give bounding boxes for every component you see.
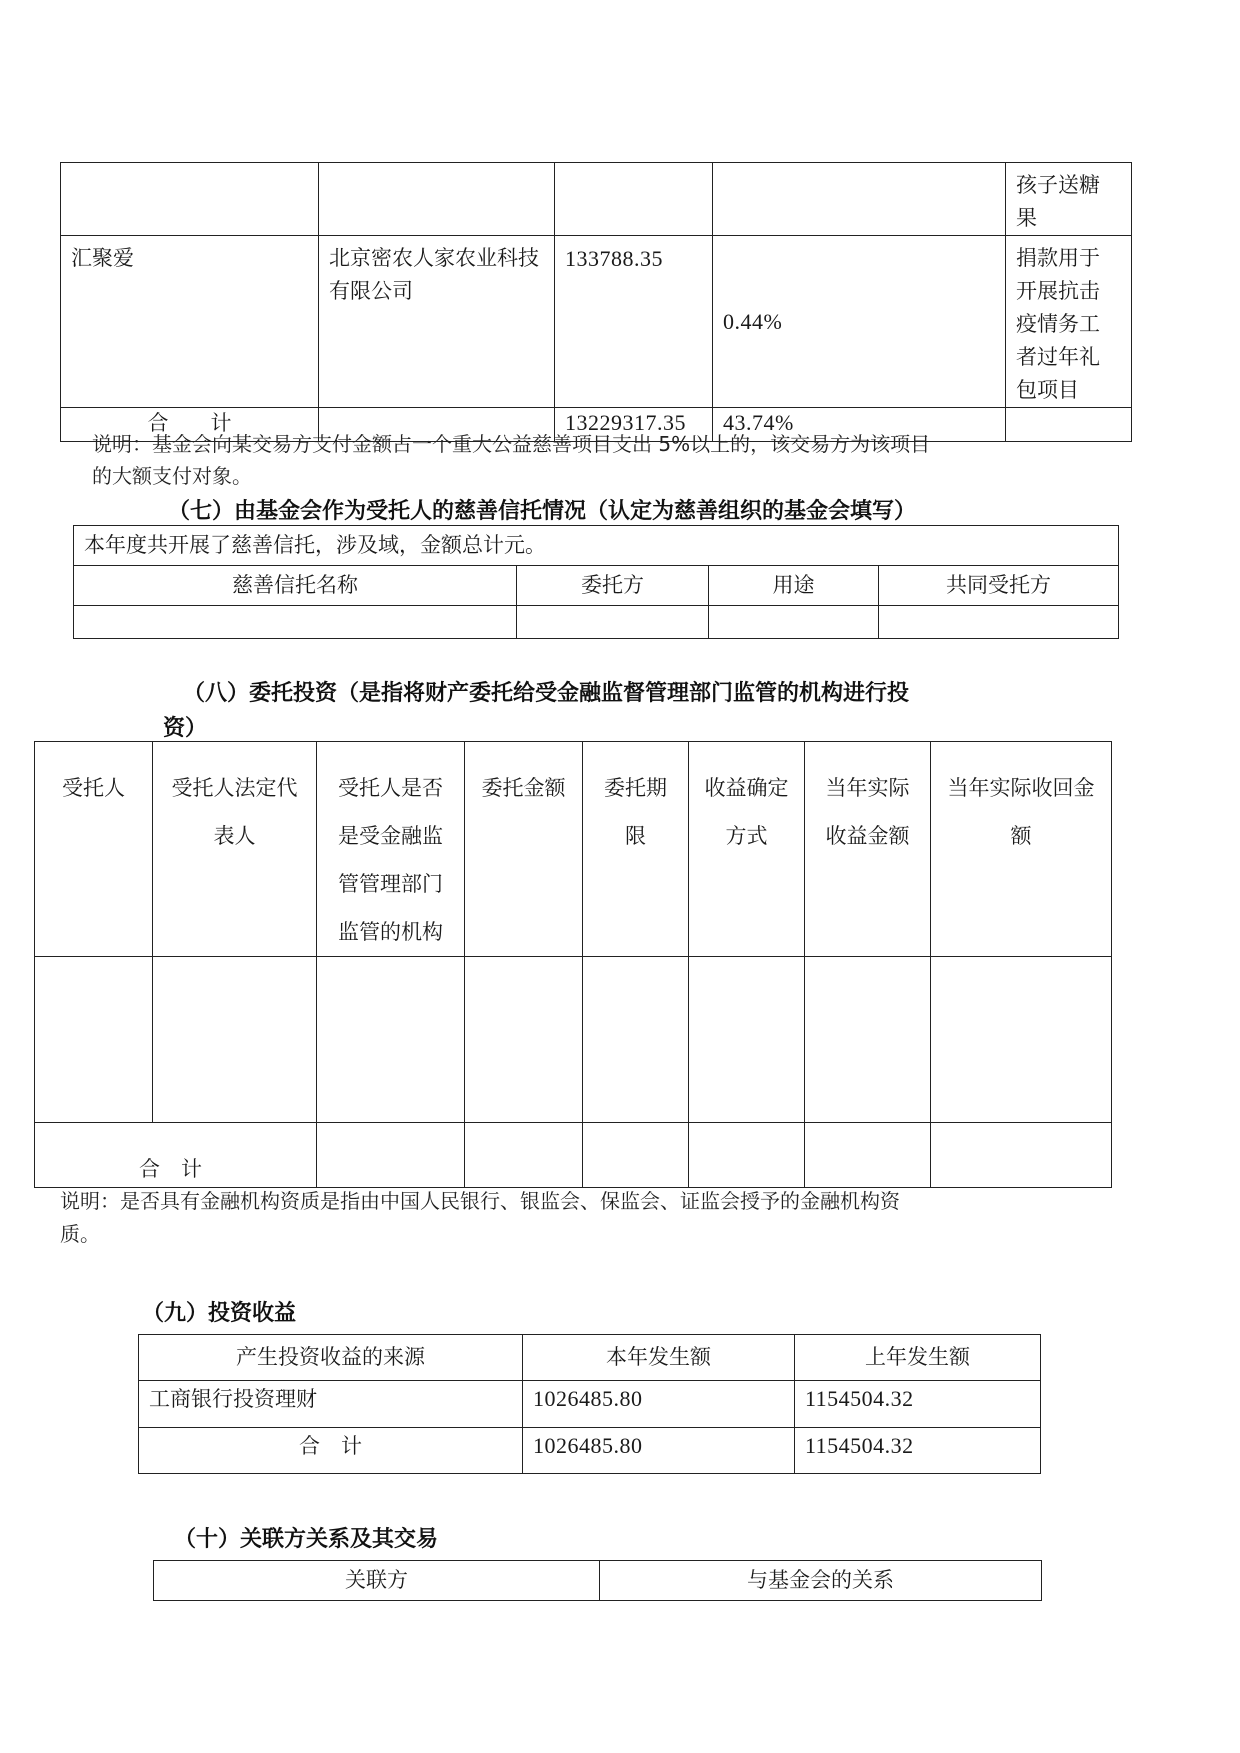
header-relationship: 与基金会的关系 (600, 1561, 1042, 1601)
table-cell (465, 957, 583, 1123)
purpose-cell: 孩子送糖果 (1006, 163, 1132, 236)
header-income-method: 收益确定方式 (689, 742, 805, 957)
current-amount: 1026485.80 (523, 1381, 795, 1428)
percent-cell: 0.44% (713, 236, 1006, 408)
total-previous: 1154504.32 (795, 1428, 1041, 1474)
table-cell (517, 606, 709, 639)
header-amount: 委托金额 (465, 742, 583, 957)
table-cell (879, 606, 1119, 639)
header-row: 慈善信托名称 委托方 用途 共同受托方 (74, 566, 1119, 606)
table-cell (713, 163, 1006, 236)
related-party-table: 关联方 与基金会的关系 (153, 1560, 1042, 1601)
table-cell (317, 1123, 465, 1188)
header-co-trustee: 共同受托方 (879, 566, 1119, 606)
table-row: 汇聚爱 北京密农人家农业科技有限公司 133788.35 0.44% 捐款用于开… (61, 236, 1132, 408)
table-cell (709, 606, 879, 639)
table-cell (931, 1123, 1112, 1188)
header-actual-recovered: 当年实际收回金额 (931, 742, 1112, 957)
header-purpose: 用途 (709, 566, 879, 606)
header-term: 委托期限 (583, 742, 689, 957)
header-current-year: 本年发生额 (523, 1335, 795, 1381)
table-cell (319, 163, 555, 236)
header-row: 产生投资收益的来源 本年发生额 上年发生额 (139, 1335, 1041, 1381)
table-cell (35, 957, 153, 1123)
table-row: 孩子送糖果 (61, 163, 1132, 236)
table-cell (74, 606, 517, 639)
project-name-cell: 汇聚爱 (61, 236, 319, 408)
table-cell (153, 957, 317, 1123)
total-label: 合 计 (35, 1123, 317, 1188)
header-row: 受托人 受托人法定代表人 受托人是否是受金融监管管理部门监管的机构 委托金额 委… (35, 742, 1112, 957)
total-row: 合 计 1026485.80 1154504.32 (139, 1428, 1041, 1474)
payee-cell: 北京密农人家农业科技有限公司 (319, 236, 555, 408)
total-label: 合 计 (139, 1428, 523, 1474)
summary-row: 本年度共开展了慈善信托，涉及域，金额总计元。 (74, 526, 1119, 566)
investment-note-line1: 说明：是否具有金融机构资质是指由中国人民银行、银监会、保监会、证监会授予的金融机… (60, 1185, 900, 1217)
income-source: 工商银行投资理财 (139, 1381, 523, 1428)
total-row: 合 计 (35, 1123, 1112, 1188)
investment-note-line2: 质。 (60, 1218, 100, 1250)
investment-income-table: 产生投资收益的来源 本年发生额 上年发生额 工商银行投资理财 1026485.8… (138, 1334, 1041, 1474)
purpose-text: 孩子送糖果 (1016, 169, 1108, 235)
table-cell (689, 1123, 805, 1188)
total-current: 1026485.80 (523, 1428, 795, 1474)
previous-amount: 1154504.32 (795, 1381, 1041, 1428)
table-cell (805, 1123, 931, 1188)
charity-trust-table: 本年度共开展了慈善信托，涉及域，金额总计元。 慈善信托名称 委托方 用途 共同受… (73, 525, 1119, 639)
header-income-source: 产生投资收益的来源 (139, 1335, 523, 1381)
section9-title: （九）投资收益 (142, 1296, 296, 1327)
header-related-party: 关联方 (154, 1561, 600, 1601)
section10-title: （十）关联方关系及其交易 (174, 1522, 438, 1553)
purpose-cell: 捐款用于开展抗击疫情务工者过年礼包项目 (1006, 236, 1132, 408)
header-previous-year: 上年发生额 (795, 1335, 1041, 1381)
section7-title: （七）由基金会作为受托人的慈善信托情况（认定为慈善组织的基金会填写） (168, 494, 916, 525)
table-row: 工商银行投资理财 1026485.80 1154504.32 (139, 1381, 1041, 1428)
table-row (35, 957, 1112, 1123)
table-cell (1006, 408, 1132, 442)
header-regulated: 受托人是否是受金融监管管理部门监管的机构 (317, 742, 465, 957)
header-trustee: 受托人 (35, 742, 153, 957)
header-trust-name: 慈善信托名称 (74, 566, 517, 606)
table-cell (61, 163, 319, 236)
table-cell (583, 1123, 689, 1188)
large-payment-note-line1: 说明：基金会向某交易方支付金额占一个重大公益慈善项目支出 5%以上的，该交易方为… (92, 428, 930, 460)
table-cell (555, 163, 713, 236)
header-actual-income: 当年实际收益金额 (805, 742, 931, 957)
amount-cell: 133788.35 (555, 236, 713, 408)
table-cell (931, 957, 1112, 1123)
table-cell (689, 957, 805, 1123)
header-trustor: 委托方 (517, 566, 709, 606)
large-payment-table: 孩子送糖果 汇聚爱 北京密农人家农业科技有限公司 133788.35 0.44%… (60, 162, 1132, 442)
trust-summary: 本年度共开展了慈善信托，涉及域，金额总计元。 (74, 526, 1119, 566)
table-cell (317, 957, 465, 1123)
section8-title-line2: 资） (163, 711, 207, 742)
table-cell (805, 957, 931, 1123)
header-row: 关联方 与基金会的关系 (154, 1561, 1042, 1601)
header-legal-rep: 受托人法定代表人 (153, 742, 317, 957)
large-payment-note-line2: 的大额支付对象。 (92, 460, 252, 492)
purpose-text: 捐款用于开展抗击疫情务工者过年礼包项目 (1016, 242, 1108, 407)
table-row (74, 606, 1119, 639)
entrusted-investment-table: 受托人 受托人法定代表人 受托人是否是受金融监管管理部门监管的机构 委托金额 委… (34, 741, 1112, 1188)
table-cell (465, 1123, 583, 1188)
table-cell (583, 957, 689, 1123)
section8-title-line1: （八）委托投资（是指将财产委托给受金融监督管理部门监管的机构进行投 (183, 676, 909, 707)
